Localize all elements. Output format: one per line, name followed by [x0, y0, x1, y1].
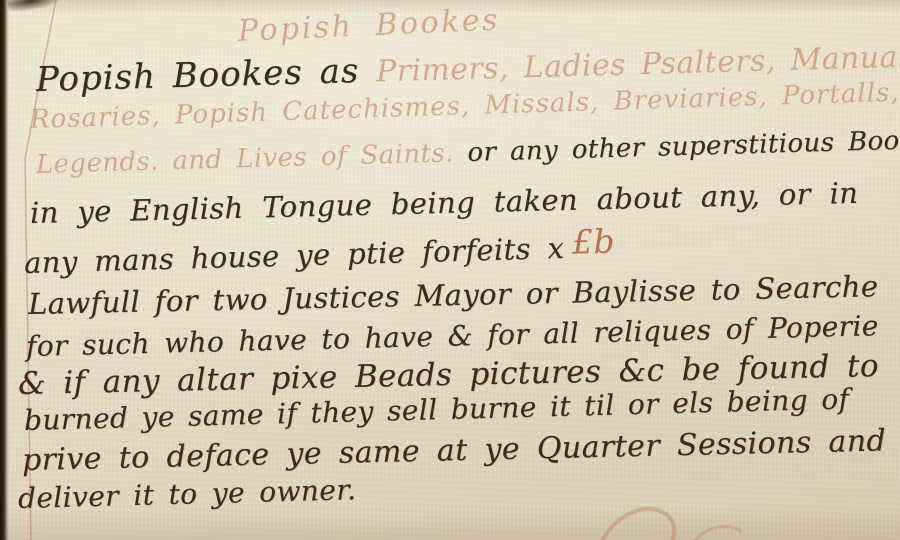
- manuscript-line: deliver it to ye owner.: [18, 473, 357, 515]
- manuscript-line: any mans house ye ptie forfeits x£b: [23, 225, 615, 280]
- text-segment: deliver it to ye owner.: [18, 473, 357, 515]
- text-segment: Legends. and Lives of Saints.: [36, 138, 468, 180]
- text-segment: any mans house ye ptie forfeits x: [24, 231, 565, 280]
- text-segment: or any other superstitious Books: [467, 125, 900, 168]
- photo-edge-shadow: [0, 0, 9, 540]
- manuscript-photo: Popish Bookes Popish Bookes as Primers, …: [0, 0, 900, 540]
- faded-heading: Popish Bookes: [237, 3, 500, 49]
- manuscript-line: Legends. and Lives of Saints. or any oth…: [36, 125, 900, 180]
- text-segment: Popish Bookes: [237, 3, 500, 49]
- text-segment: in ye English Tongue being taken about a…: [30, 176, 859, 230]
- forfeit-sum-annotation: £b: [572, 221, 616, 261]
- text-segment: Popish Bookes as: [35, 51, 376, 100]
- ink-smudge: [7, 0, 65, 14]
- manuscript-line: in ye English Tongue being taken about a…: [30, 176, 859, 230]
